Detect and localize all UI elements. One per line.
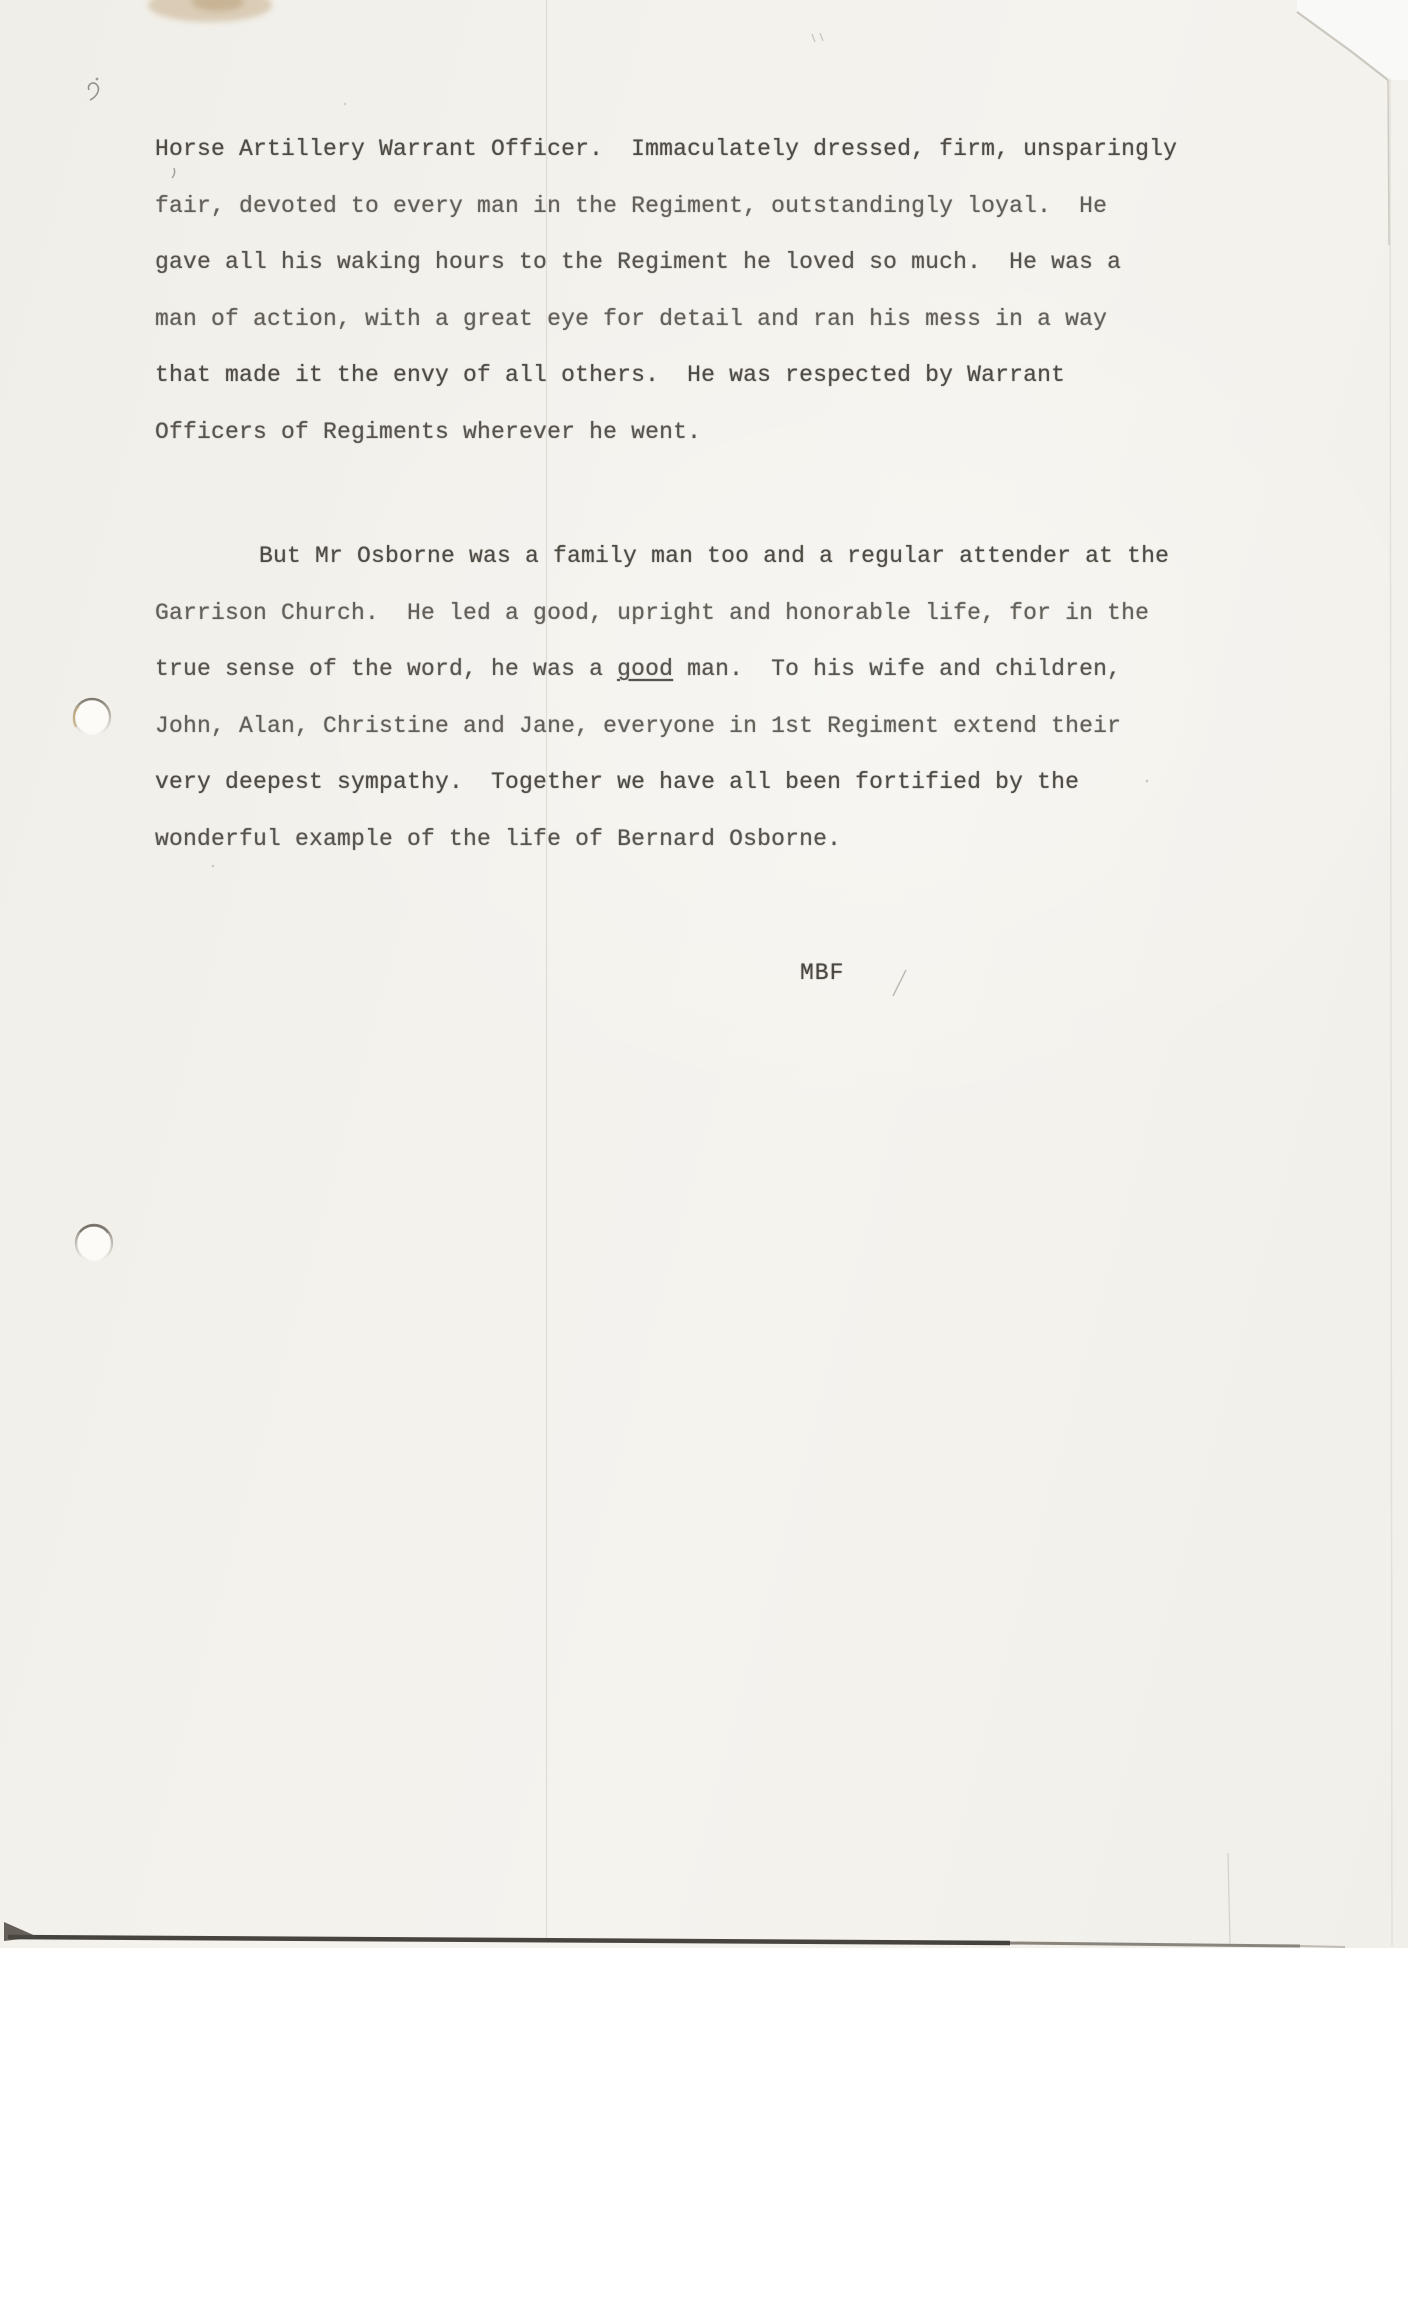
text-line: true sense of the word, he was a good ma… [155, 641, 1169, 698]
pencil-dot [96, 78, 99, 81]
speck [344, 103, 346, 105]
text-segment: Garrison Church. He led a good, upright … [155, 600, 1149, 626]
document-page: Horse Artillery Warrant Officer. Immacul… [0, 0, 1408, 1948]
punch-hole-top [74, 699, 110, 735]
scanner-background: Horse Artillery Warrant Officer. Immacul… [0, 0, 1408, 2318]
paper-right-edge [1390, 78, 1392, 1946]
text-segment: gave all his waking hours to the Regimen… [155, 249, 1121, 275]
text-line: that made it the envy of all others. He … [155, 347, 1177, 404]
text-line: Officers of Regiments wherever he went. [155, 404, 1177, 461]
text-segment: Horse Artillery Warrant Officer. Immacul… [155, 136, 1177, 162]
text-segment: John, Alan, Christine and Jane, everyone… [155, 713, 1121, 739]
text-segment: But Mr Osborne was a family man too and … [259, 543, 1169, 569]
text-segment: man. To his wife and children, [673, 656, 1121, 682]
pencil-squiggle-mark [89, 83, 99, 100]
paper-bottom-edge-tail [1300, 1946, 1345, 1947]
paper-bottom-edge [8, 1937, 1010, 1943]
text-line: Garrison Church. He led a good, upright … [155, 585, 1169, 642]
paragraph-2: But Mr Osborne was a family man too and … [155, 528, 1169, 868]
paragraph-1: Horse Artillery Warrant Officer. Immacul… [155, 121, 1177, 461]
underlined-word: good [617, 656, 673, 682]
signature-initials: MBF [800, 960, 844, 986]
lower-right-crease [1228, 1853, 1230, 1944]
text-segment: fair, devoted to every man in the Regime… [155, 193, 1107, 219]
text-line: wonderful example of the life of Bernard… [155, 811, 1169, 868]
right-edge-crease-top [1388, 80, 1389, 245]
text-segment: very deepest sympathy. Together we have … [155, 769, 1079, 795]
text-segment: true sense of the word, he was a [155, 656, 617, 682]
text-line: fair, devoted to every man in the Regime… [155, 178, 1177, 235]
paper-bottom-edge-fade [1010, 1943, 1300, 1946]
text-line: John, Alan, Christine and Jane, everyone… [155, 698, 1169, 755]
text-line: very deepest sympathy. Together we have … [155, 754, 1169, 811]
text-segment: Officers of Regiments wherever he went. [155, 419, 701, 445]
quote-mark [812, 33, 823, 42]
dog-ear-corner [1297, 0, 1408, 80]
text-line: man of action, with a great eye for deta… [155, 291, 1177, 348]
text-segment: that made it the envy of all others. He … [155, 362, 1065, 388]
text-segment: man of action, with a great eye for deta… [155, 306, 1107, 332]
text-line: gave all his waking hours to the Regimen… [155, 234, 1177, 291]
pencil-slash-mark [893, 970, 906, 996]
text-line: Horse Artillery Warrant Officer. Immacul… [155, 121, 1177, 178]
text-line: But Mr Osborne was a family man too and … [155, 528, 1169, 585]
text-segment: wonderful example of the life of Bernard… [155, 826, 841, 852]
